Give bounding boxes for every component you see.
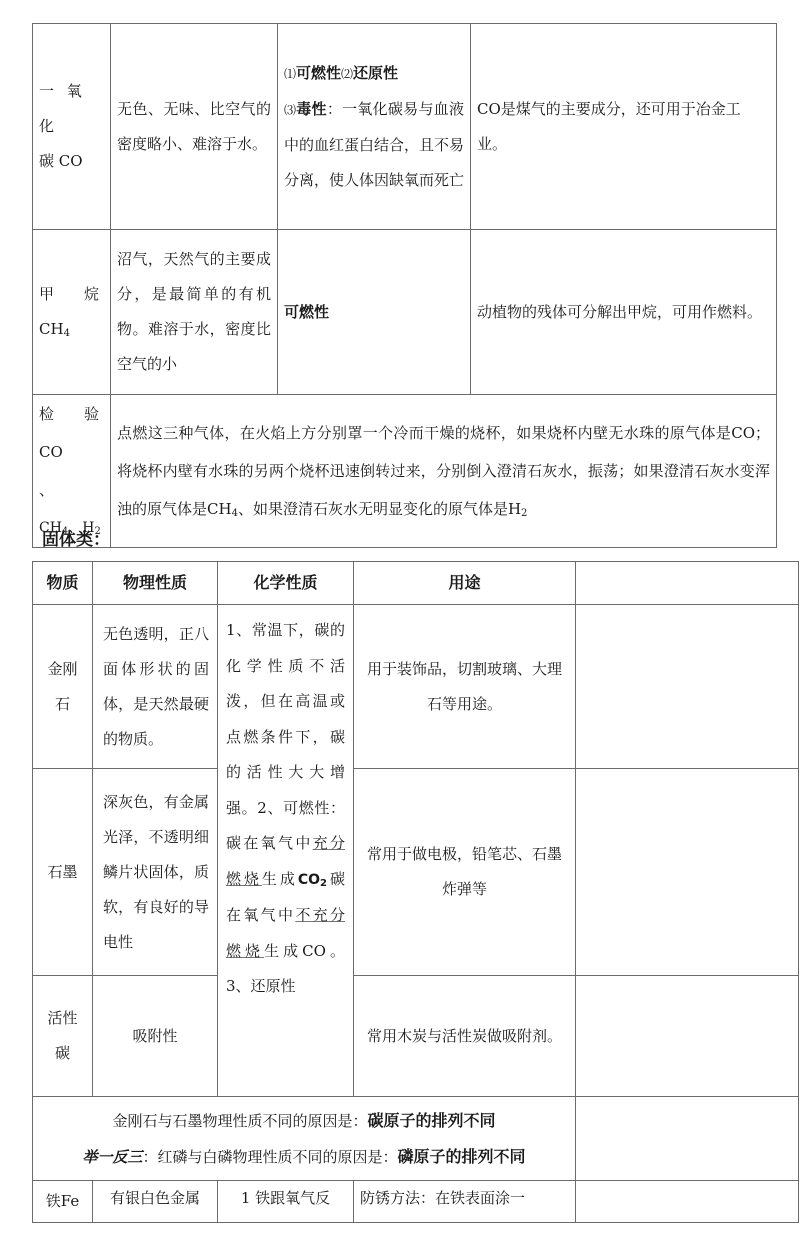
chemical-cell-ch4: 可燃性 <box>278 230 471 395</box>
formula-subscript: 2 <box>521 508 527 519</box>
note-cell: 金刚石与石墨物理性质不同的原因是：碳原子的排列不同 举一反三：红磷与白磷物理性质… <box>33 1097 576 1181</box>
list-marker: ⑶ <box>284 103 296 117</box>
note-text: ：红磷与白磷物理性质不同的原因是： <box>142 1148 397 1166</box>
section-heading-solids: 固体类： <box>42 525 110 550</box>
header-extra <box>576 562 799 605</box>
table-row-activated-carbon: 活性碳 吸附性 常用木炭与活性炭做吸附剂。 <box>33 976 799 1097</box>
substance-name-line1: 一 氧 化 <box>39 74 104 144</box>
chemical-cell-iron: 1 铁跟氧气反 <box>218 1181 354 1223</box>
physical-cell-ch4: 沼气，天然气的主要成分，是最简单的有机物。难溶于水，密度比空气的小 <box>111 230 278 395</box>
table-row-ch4: 甲 烷 CH4 沼气，天然气的主要成分，是最简单的有机物。难溶于水，密度比空气的… <box>33 230 777 395</box>
chemical-cell-carbon: 1、常温下，碳的化学性质不活泼，但在高温或点燃条件下，碳的活性大大增强。2、可燃… <box>218 605 354 1097</box>
list-marker: ⑴ <box>284 67 296 81</box>
physical-cell-co: 无色、无味、比空气的密度略小、难溶于水。 <box>111 24 278 230</box>
property-flammability: 可燃性 <box>296 64 341 82</box>
extra-cell-graphite <box>576 769 799 976</box>
header-uses: 用途 <box>354 562 576 605</box>
chemical-line-2: ⑶毒性：一氧化碳易与血液中的血红蛋白结合，且不易分离，使人体因缺氧而死亡 <box>284 92 464 198</box>
substance-name-line2: 碳 CO <box>39 144 104 179</box>
uses-cell-activated-carbon: 常用木炭与活性炭做吸附剂。 <box>354 976 576 1097</box>
uses-cell-graphite: 常用于做电极，铅笔芯、石墨炸弹等 <box>354 769 576 976</box>
list-marker: ⑵ <box>341 67 353 81</box>
substance-cell-diamond: 金刚石 <box>33 605 93 769</box>
header-physical: 物理性质 <box>93 562 218 605</box>
test-method-text: 、如果澄清石灰水无明显变化的原气体是H <box>238 500 521 518</box>
test-label-line1: 检 验 <box>39 395 104 433</box>
note-text: 金刚石与石墨物理性质不同的原因是： <box>112 1112 367 1130</box>
uses-cell-co: CO是煤气的主要成分，还可用于冶金工业。 <box>471 24 777 230</box>
uses-cell-iron: 防锈方法：在铁表面涂一 <box>354 1181 576 1223</box>
physical-cell-activated-carbon: 吸附性 <box>93 976 218 1097</box>
extra-cell-iron <box>576 1181 799 1223</box>
note-label: 举一反三 <box>82 1148 142 1166</box>
test-label-line2: CO 、 <box>39 433 104 509</box>
substance-cell-ch4: 甲 烷 CH4 <box>33 230 111 395</box>
substance-cell-graphite: 石墨 <box>33 769 93 976</box>
note-line-1: 金刚石与石墨物理性质不同的原因是：碳原子的排列不同 <box>39 1103 569 1139</box>
formula-co2: CO2 <box>298 872 327 888</box>
table-row-co: 一 氧 化 碳 CO 无色、无味、比空气的密度略小、难溶于水。 ⑴可燃性⑵还原性… <box>33 24 777 230</box>
header-chemical: 化学性质 <box>218 562 354 605</box>
formula-subscript: 4 <box>64 328 70 339</box>
chemical-cell-co: ⑴可燃性⑵还原性 ⑶毒性：一氧化碳易与血液中的血红蛋白结合，且不易分离，使人体因… <box>278 24 471 230</box>
uses-cell-diamond: 用于装饰品，切割玻璃、大理石等用途。 <box>354 605 576 769</box>
substance-cell-iron: 铁Fe <box>33 1181 93 1223</box>
formula-text: CO <box>298 872 320 888</box>
physical-cell-graphite: 深灰色，有金属光泽，不透明细鳞片状固体，质软，有良好的导电性 <box>93 769 218 976</box>
uses-cell-ch4: 动植物的残体可分解出甲烷，可用作燃料。 <box>471 230 777 395</box>
property-reducibility: 还原性 <box>353 64 398 82</box>
table-row-note: 金刚石与石墨物理性质不同的原因是：碳原子的排列不同 举一反三：红磷与白磷物理性质… <box>33 1097 799 1181</box>
table-row-iron: 铁Fe 有银白色金属 1 铁跟氧气反 防锈方法：在铁表面涂一 <box>33 1181 799 1223</box>
formula-text: CH <box>39 320 64 338</box>
header-substance: 物质 <box>33 562 93 605</box>
extra-cell-activated-carbon <box>576 976 799 1097</box>
note-answer: 磷原子的排列不同 <box>398 1147 526 1166</box>
chemical-text: 1、常温下，碳的化学性质不活泼，但在高温或点燃条件下，碳的活性大大增强。2、可燃… <box>226 621 345 852</box>
physical-cell-diamond: 无色透明，正八面体形状的固体，是天然最硬的物质。 <box>93 605 218 769</box>
table-header-row: 物质 物理性质 化学性质 用途 <box>33 562 799 605</box>
test-method-cell: 点燃这三种气体，在火焰上方分别罩一个冷而干燥的烧杯，如果烧杯内壁无水珠的原气体是… <box>111 395 777 548</box>
table-row-gas-test: 检 验 CO 、 CH4、H2 点燃这三种气体，在火焰上方分别罩一个冷而干燥的烧… <box>33 395 777 548</box>
table-row-diamond: 金刚石 无色透明，正八面体形状的固体，是天然最硬的物质。 1、常温下，碳的化学性… <box>33 605 799 769</box>
extra-cell-diamond <box>576 605 799 769</box>
solid-properties-table: 物质 物理性质 化学性质 用途 金刚石 无色透明，正八面体形状的固体，是天然最硬… <box>32 561 799 1223</box>
substance-formula: CH4 <box>39 312 104 347</box>
physical-cell-iron: 有银白色金属 <box>93 1181 218 1223</box>
substance-cell-activated-carbon: 活性碳 <box>33 976 93 1097</box>
substance-cell-co: 一 氧 化 碳 CO <box>33 24 111 230</box>
extra-cell-note <box>576 1097 799 1181</box>
gas-properties-table: 一 氧 化 碳 CO 无色、无味、比空气的密度略小、难溶于水。 ⑴可燃性⑵还原性… <box>32 23 777 548</box>
chemical-line-1: ⑴可燃性⑵还原性 <box>284 56 464 92</box>
chemical-text: 生成 <box>262 870 298 888</box>
table-row-graphite: 石墨 深灰色，有金属光泽，不透明细鳞片状固体，质软，有良好的导电性 常用于做电极… <box>33 769 799 976</box>
note-answer: 碳原子的排列不同 <box>368 1111 496 1130</box>
formula-subscript: 2 <box>320 878 327 889</box>
property-toxicity: 毒性 <box>296 100 327 118</box>
note-line-2: 举一反三：红磷与白磷物理性质不同的原因是：磷原子的排列不同 <box>39 1139 569 1175</box>
substance-name-line1: 甲 烷 <box>39 277 104 312</box>
